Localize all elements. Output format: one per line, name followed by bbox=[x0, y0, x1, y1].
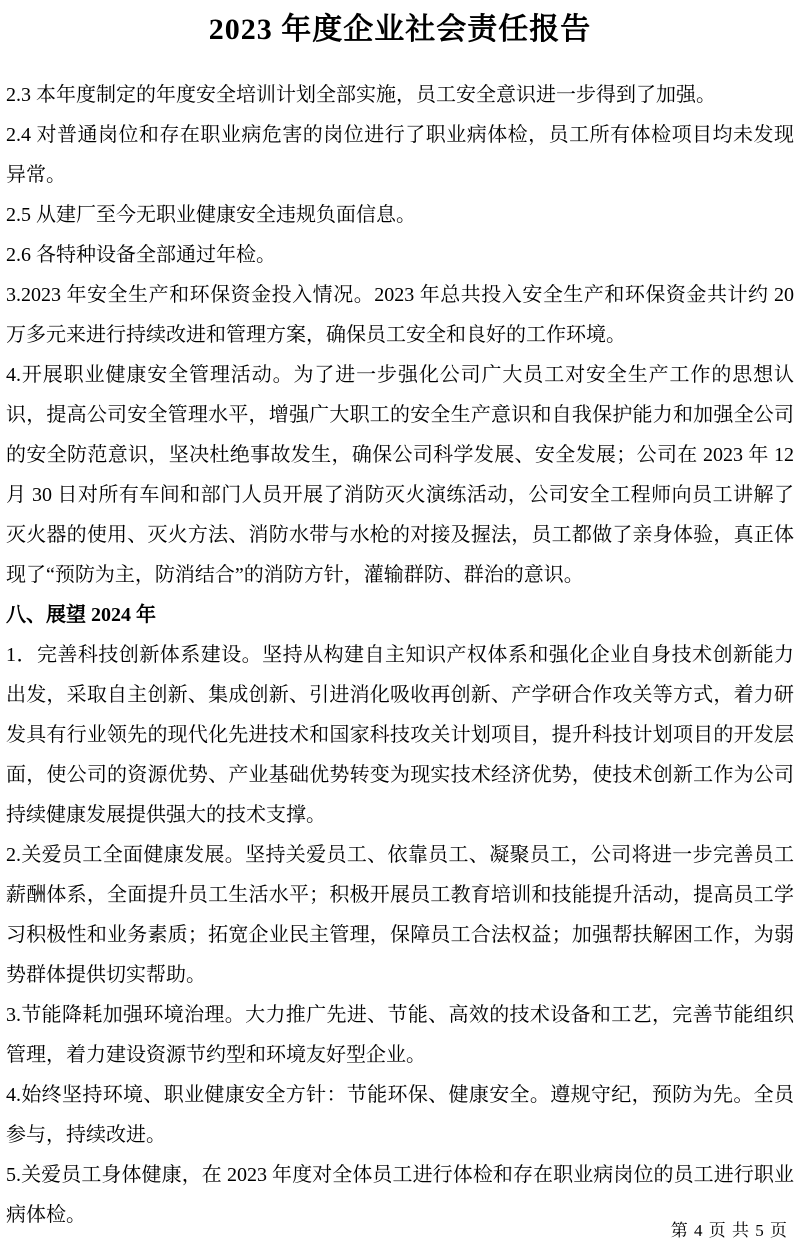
paragraph: 2.关爱员工全面健康发展。坚持关爱员工、依靠员工、凝聚员工，公司将进一步完善员工… bbox=[6, 835, 794, 995]
page-title: 2023 年度企业社会责任报告 bbox=[6, 10, 794, 49]
paragraph: 3.节能降耗加强环境治理。大力推广先进、节能、高效的技术设备和工艺，完善节能组织… bbox=[6, 995, 794, 1075]
paragraph: 1．完善科技创新体系建设。坚持从构建自主知识产权体系和强化企业自身技术创新能力出… bbox=[6, 635, 794, 835]
document-page: 2023 年度企业社会责任报告 2.3 本年度制定的年度安全培训计划全部实施，员… bbox=[0, 0, 800, 1249]
section-heading-outlook-2024: 八、展望 2024 年 bbox=[6, 595, 794, 635]
paragraph: 2.5 从建厂至今无职业健康安全违规负面信息。 bbox=[6, 195, 794, 235]
paragraph: 2.4 对普通岗位和存在职业病危害的岗位进行了职业病体检，员工所有体检项目均未发… bbox=[6, 115, 794, 195]
paragraph: 4.开展职业健康安全管理活动。为了进一步强化公司广大员工对安全生产工作的思想认识… bbox=[6, 355, 794, 595]
paragraph: 3.2023 年安全生产和环保资金投入情况。2023 年总共投入安全生产和环保资… bbox=[6, 275, 794, 355]
paragraph: 2.6 各特种设备全部通过年检。 bbox=[6, 235, 794, 275]
document-body: 2.3 本年度制定的年度安全培训计划全部实施，员工安全意识进一步得到了加强。 2… bbox=[6, 75, 794, 1235]
paragraph: 2.3 本年度制定的年度安全培训计划全部实施，员工安全意识进一步得到了加强。 bbox=[6, 75, 794, 115]
paragraph: 4.始终坚持环境、职业健康安全方针：节能环保、健康安全。遵规守纪，预防为先。全员… bbox=[6, 1075, 794, 1155]
page-footer: 第 4 页 共 5 页 bbox=[671, 1216, 788, 1241]
